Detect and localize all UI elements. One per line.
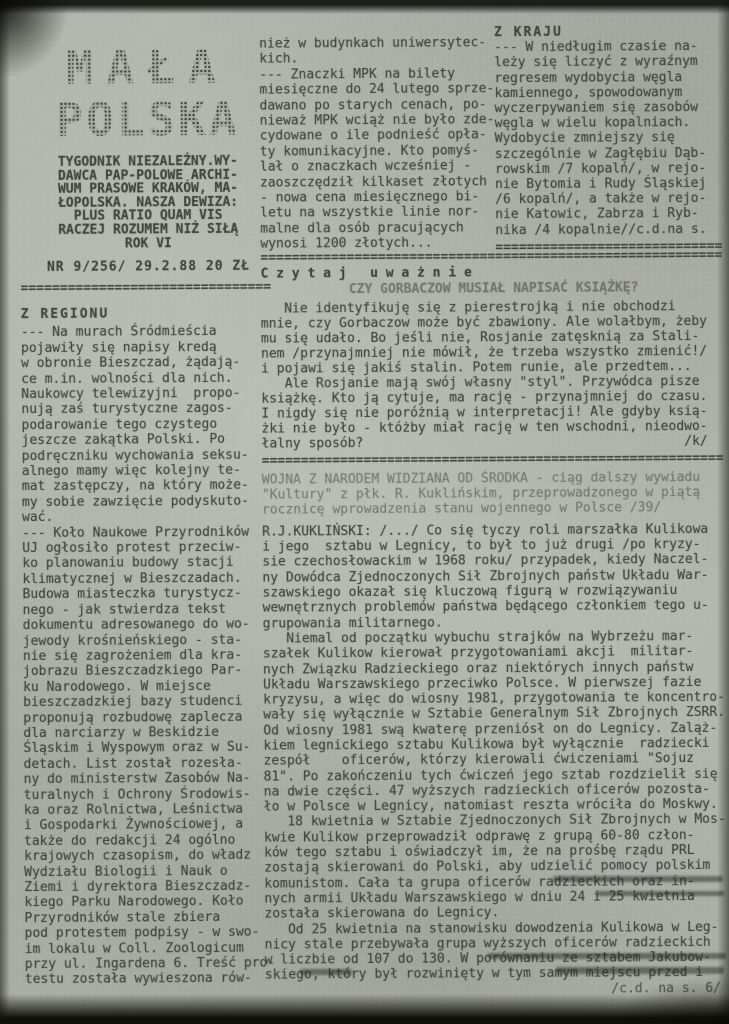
overstrike-mark	[596, 891, 724, 896]
overstrike-mark	[488, 953, 726, 959]
lower-wide-section: ========================================…	[260, 248, 729, 999]
masthead-divider: ================================	[21, 279, 277, 296]
section-header-z-regionu: Z REGIONU	[21, 306, 277, 323]
scan-corner-bottom-right	[609, 974, 729, 1024]
overstrike-mark	[556, 967, 724, 974]
scan-edge-left	[0, 0, 10, 1024]
overstrike-mark	[553, 876, 723, 882]
left-column: MAŁA POLSKA TYGODNIK NIEZALEŻNY.WY- DAWC…	[19, 41, 281, 988]
scan-edge-right	[717, 0, 729, 1024]
issue-number-line: NR 9/256/ 29.2.88 20 ZŁ	[20, 259, 276, 276]
gorbachev-article-title: CZY GORBACZOW MUSIAŁ NAPISAĆ KSIĄŻKĘ?	[261, 280, 727, 298]
scan-edge-top	[0, 0, 729, 14]
kuklinski-intro: WOJNA Z NARODEM WIDZIANA OD ŚRODKA - cią…	[262, 469, 728, 518]
right-column: Z KRAJU --- W niedługim czasie na- leży …	[494, 24, 725, 255]
masthead-title-line2: POLSKA	[19, 93, 275, 147]
page-content: MAŁA POLSKA TYGODNIK NIEZALEŻNY.WY- DAWC…	[0, 0, 729, 1024]
masthead-subtitle: TYGODNIK NIEZALEŻNY.WY- DAWCA PAP-POLOWE…	[20, 155, 277, 252]
kuklinski-interview-body: R.J.KUKLIŃSKI: /.../ Co się tyczy roli m…	[262, 522, 729, 984]
middle-column-body: nież w budynkach uniwersytec- kich. --- …	[259, 35, 500, 252]
gorbachev-article-body: Nie identyfikuję się z pierestrojką i ni…	[261, 299, 728, 452]
scanned-newspaper-page: MAŁA POLSKA TYGODNIK NIEZALEŻNY.WY- DAWC…	[0, 0, 729, 1024]
scan-corner-top-left	[0, 0, 80, 90]
section-header-z-kraju: Z KRAJU	[494, 24, 724, 41]
right-column-body: --- W niedługim czasie na- leży się licz…	[494, 39, 725, 238]
wide-top-divider: ========================================…	[260, 248, 726, 266]
middle-column: nież w budynkach uniwersytec- kich. --- …	[259, 35, 500, 252]
overstrike-mark	[300, 969, 352, 975]
left-column-body: --- Na murach Śródmieścia pojawiły się n…	[21, 324, 281, 988]
wide-mid-divider: ========================================…	[262, 451, 728, 469]
